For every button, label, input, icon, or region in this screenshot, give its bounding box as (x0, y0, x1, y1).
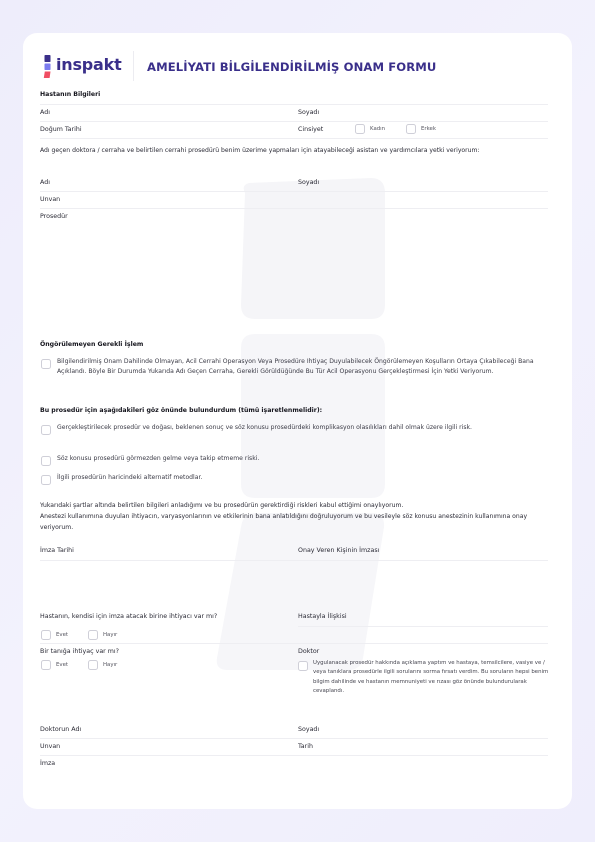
gender-male-label: Erkek (421, 126, 436, 132)
divider (40, 138, 548, 139)
consent-text-1: Yukarıdaki şartlar altında belirtilen bi… (40, 501, 555, 512)
brand-name: inspakt (56, 55, 122, 74)
gender-female-checkbox[interactable] (355, 124, 365, 134)
signer-question: Hastanın, kendisi için imza atacak birin… (40, 613, 217, 620)
divider (40, 208, 548, 209)
consideration-text-1: Gerçekleştirilecek prosedür ve doğası, b… (57, 423, 541, 433)
divider (40, 755, 548, 756)
doctor-statement-checkbox[interactable] (298, 661, 308, 671)
section-title-unforeseen: Öngörülemeyen Gerekli İşlem (40, 341, 143, 348)
assistant-title-label: Unvan (40, 196, 60, 203)
procedure-label: Prosedür (40, 213, 68, 220)
divider (40, 643, 548, 644)
witness-question: Bir tanığa ihtiyaç var mı? (40, 648, 119, 655)
witness-no-label: Hayır (103, 662, 117, 668)
unforeseen-text: Bilgilendirilmiş Onam Dahilinde Olmayan,… (57, 357, 541, 378)
divider (40, 191, 548, 192)
inspakt-logo: inspakt (43, 55, 52, 83)
consideration-checkbox-1[interactable] (41, 425, 51, 435)
divider (40, 104, 548, 105)
approver-signature-label: Onay Veren Kişinin İmzası (298, 547, 379, 554)
patient-last-name-label: Soyadı (298, 109, 319, 116)
signer-no-checkbox[interactable] (88, 630, 98, 640)
divider (40, 121, 548, 122)
authorization-text: Adı geçen doktora / cerraha ve belirtile… (40, 146, 555, 157)
witness-yes-label: Evet (56, 662, 68, 668)
consideration-checkbox-2[interactable] (41, 456, 51, 466)
consideration-text-2: Söz konusu prosedürü görmezden gelme vey… (57, 454, 541, 465)
consent-form-card: inspakt AMELİYATI BİLGİLENDİRİLMİŞ ONAM … (23, 33, 572, 809)
signer-yes-label: Evet (56, 632, 68, 638)
divider (40, 738, 548, 739)
witness-yes-checkbox[interactable] (41, 660, 51, 670)
doctor-signature-label: İmza (40, 760, 55, 767)
form-title: AMELİYATI BİLGİLENDİRİLMİŞ ONAM FORMU (147, 60, 436, 74)
doctor-statement-text: Uygulanacak prosedür hakkında açıklama y… (313, 659, 553, 696)
doctor-last-name-label: Soyadı (298, 726, 319, 733)
signer-yes-checkbox[interactable] (41, 630, 51, 640)
header-divider (133, 51, 134, 81)
signature-date-label: İmza Tarihi (40, 547, 74, 554)
signer-no-label: Hayır (103, 632, 117, 638)
divider (40, 560, 548, 561)
witness-no-checkbox[interactable] (88, 660, 98, 670)
section-title-considerations: Bu prosedür için aşağıdakileri göz önünd… (40, 407, 322, 414)
birth-date-label: Doğum Tarihi (40, 126, 82, 133)
consideration-text-3: İlgili prosedürün haricindeki alternatif… (57, 473, 541, 484)
assistant-first-name-label: Adı (40, 179, 50, 186)
consideration-checkbox-3[interactable] (41, 475, 51, 485)
gender-male-checkbox[interactable] (406, 124, 416, 134)
consent-text-2: Anestezi kullanımına duyulan ihtiyacın, … (40, 512, 540, 533)
section-title-doctor: Doktor (298, 648, 319, 655)
unforeseen-checkbox[interactable] (41, 359, 51, 369)
doctor-date-label: Tarih (298, 743, 313, 750)
assistant-last-name-label: Soyadı (298, 179, 319, 186)
divider (298, 626, 548, 627)
doctor-title-label: Unvan (40, 743, 60, 750)
section-title-patient: Hastanın Bilgileri (40, 91, 100, 98)
doctor-name-label: Doktorun Adı (40, 726, 81, 733)
patient-first-name-label: Adı (40, 109, 50, 116)
inspakt-logo-icon (43, 55, 52, 79)
gender-female-label: Kadın (370, 126, 385, 132)
gender-label: Cinsiyet (298, 126, 323, 133)
relation-label: Hastayla İlişkisi (298, 613, 347, 620)
